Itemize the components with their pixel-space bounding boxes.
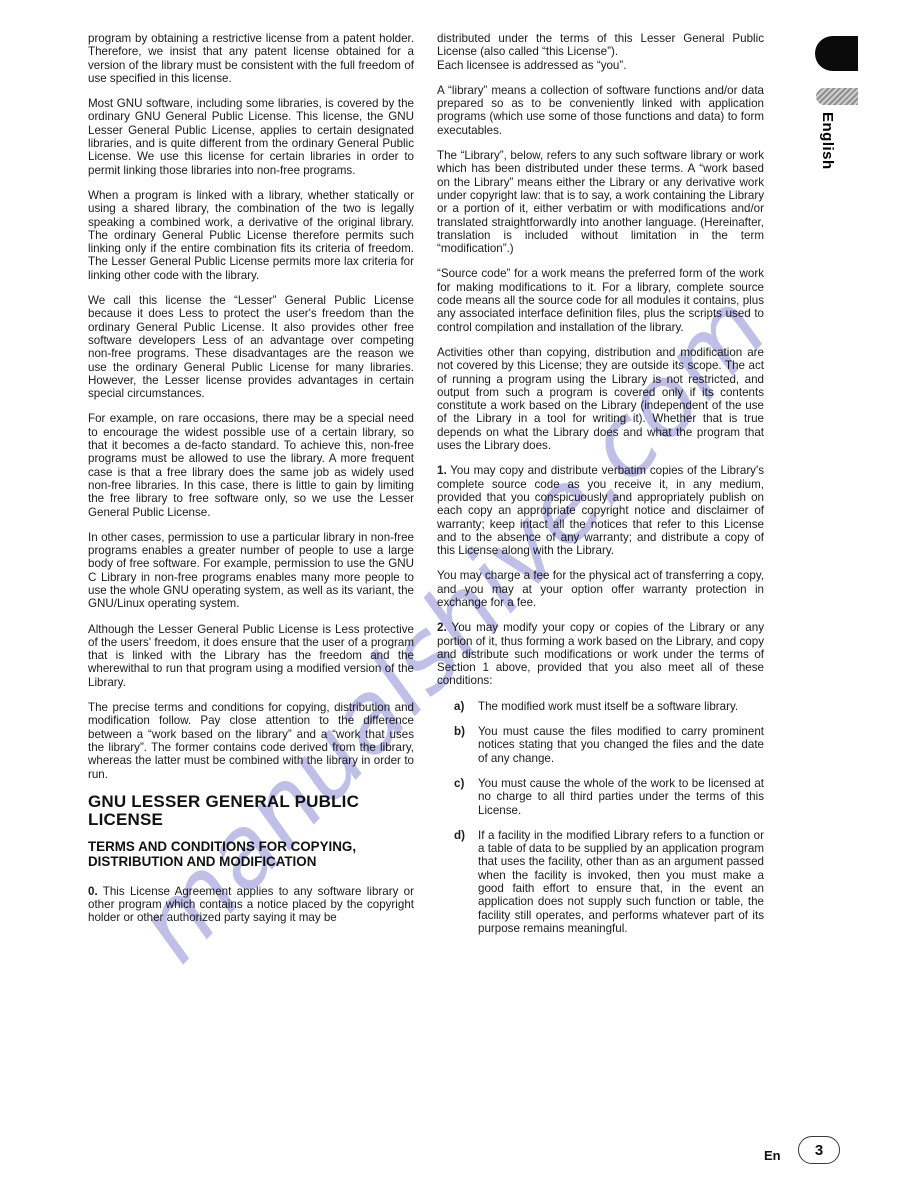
page-number-badge: 3 xyxy=(798,1136,840,1164)
paragraph: 0. This License Agreement applies to any… xyxy=(88,885,414,925)
paragraph: program by obtaining a restrictive licen… xyxy=(88,32,414,85)
paragraph: You may charge a fee for the physical ac… xyxy=(437,569,764,609)
section-heading: GNU LESSER GENERAL PUBLIC LICENSE xyxy=(88,793,414,830)
paragraph: The “Library”, below, refers to any such… xyxy=(437,149,764,255)
section-subheading: TERMS AND CONDITIONS FOR COPYING, DISTRI… xyxy=(88,839,414,869)
list-item-text: The modified work must itself be a softw… xyxy=(478,700,764,713)
paragraph-number: 0. xyxy=(88,885,98,898)
list-item-text: You must cause the files modified to car… xyxy=(478,725,764,765)
language-label: English xyxy=(819,112,836,170)
list-item: d)If a facility in the modified Library … xyxy=(437,829,764,935)
paragraph: Activities other than copying, distribut… xyxy=(437,346,764,452)
paragraph: Although the Lesser General Public Licen… xyxy=(88,623,414,689)
paragraph: When a program is linked with a library,… xyxy=(88,189,414,282)
footer-language-abbr: En xyxy=(764,1148,781,1163)
list-item-text: You must cause the whole of the work to … xyxy=(478,777,764,817)
language-tab-marker xyxy=(815,36,858,71)
paragraph: “Source code” for a work means the prefe… xyxy=(437,267,764,333)
right-column: distributed under the terms of this Less… xyxy=(437,32,764,947)
list-marker: d) xyxy=(454,829,478,935)
page-number: 3 xyxy=(815,1142,823,1159)
paragraph: The precise terms and conditions for cop… xyxy=(88,701,414,781)
paragraph: distributed under the terms of this Less… xyxy=(437,32,764,72)
paragraph-number: 2. xyxy=(437,621,447,634)
language-tab-hatch-icon xyxy=(816,88,858,105)
list-marker: a) xyxy=(454,700,478,713)
paragraph: For example, on rare occasions, there ma… xyxy=(88,412,414,518)
paragraph: 2. You may modify your copy or copies of… xyxy=(437,621,764,687)
list-marker: b) xyxy=(454,725,478,765)
paragraph-number: 1. xyxy=(437,464,447,477)
list-marker: c) xyxy=(454,777,478,817)
list-item: c)You must cause the whole of the work t… xyxy=(437,777,764,817)
list-item: a)The modified work must itself be a sof… xyxy=(437,700,764,713)
paragraph: In other cases, permission to use a part… xyxy=(88,531,414,611)
paragraph: A “library” means a collection of softwa… xyxy=(437,84,764,137)
left-column: program by obtaining a restrictive licen… xyxy=(88,32,414,937)
paragraph: We call this license the “Lesser” Genera… xyxy=(88,294,414,400)
list-item-text: If a facility in the modified Library re… xyxy=(478,829,764,935)
paragraph: 1. You may copy and distribute verbatim … xyxy=(437,464,764,557)
list-item: b)You must cause the files modified to c… xyxy=(437,725,764,765)
paragraph: Most GNU software, including some librar… xyxy=(88,97,414,177)
document-page: program by obtaining a restrictive licen… xyxy=(0,0,918,1188)
